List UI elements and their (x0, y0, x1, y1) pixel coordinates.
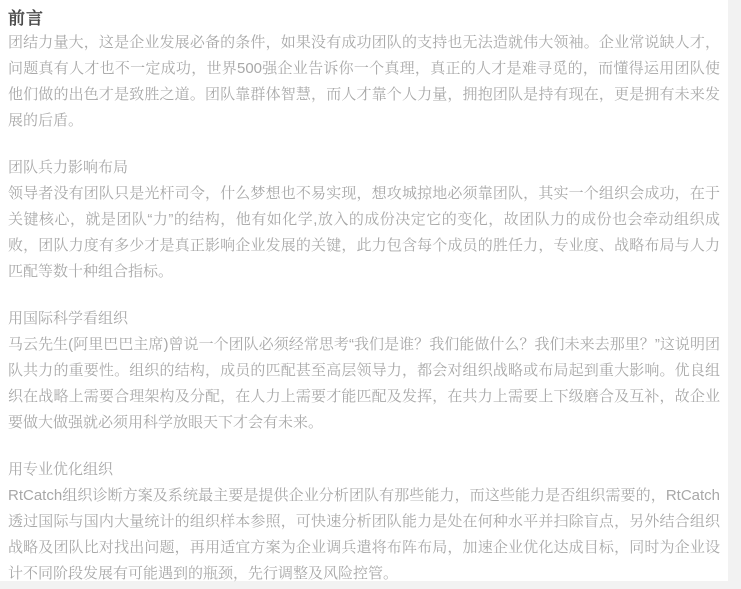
intro-paragraph: 团结力量大，这是企业发展必备的条件，如果没有成功团队的支持也无法造就伟大领袖。企… (8, 30, 720, 134)
section-body-professional-optimization: RtCatch组织诊断方案及系统最主要是提供企业分析团队有那些能力，而这些能力是… (8, 483, 720, 587)
page-title: 前言 (8, 8, 720, 30)
section-body-international-science: 马云先生(阿里巴巴主席)曾说一个团队必须经常思考“我们是谁？我们能做什么？我们未… (8, 332, 720, 436)
section-heading-professional-optimization: 用专业优化组织 (8, 457, 720, 483)
document-page: 前言 团结力量大，这是企业发展必备的条件，如果没有成功团队的支持也无法造就伟大领… (0, 0, 728, 581)
section-body-team-force: 领导者没有团队只是光杆司令，什么梦想也不易实现，想攻城掠地必须靠团队，其实一个组… (8, 181, 720, 285)
section-heading-team-force: 团队兵力影响布局 (8, 155, 720, 181)
section-heading-international-science: 用国际科学看组织 (8, 306, 720, 332)
